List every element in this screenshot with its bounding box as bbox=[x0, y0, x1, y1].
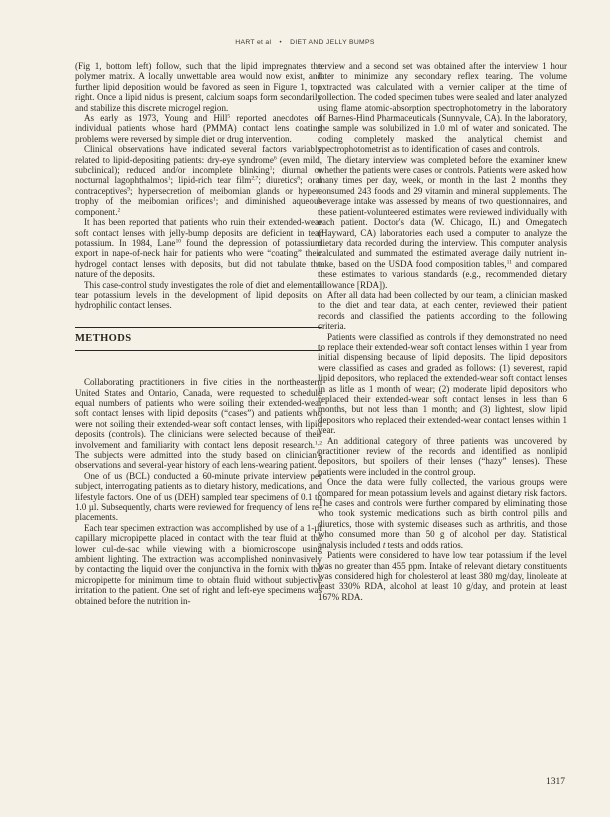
paragraph: Patients were classified as controls if … bbox=[318, 332, 567, 436]
paragraph: Once the data were fully collected, the … bbox=[318, 477, 567, 550]
running-head: HART et al • DIET AND JELLY BUMPS bbox=[0, 39, 610, 46]
left-column: (Fig 1, bottom left) follow, such that t… bbox=[75, 61, 322, 606]
paragraph: As early as 1973, Young and Hill5 report… bbox=[75, 113, 322, 144]
paragraph: It has been reported that patients who r… bbox=[75, 217, 322, 279]
paragraph: terview and a second set was obtained af… bbox=[318, 61, 567, 155]
paragraph: An additional category of three patients… bbox=[318, 436, 567, 478]
paragraph: One of us (BCL) conducted a 60-minute pr… bbox=[75, 471, 322, 523]
paragraph: After all data had been collected by our… bbox=[318, 290, 567, 332]
paragraph: Each tear specimen extraction was accomp… bbox=[75, 523, 322, 606]
page-number: 1317 bbox=[546, 777, 565, 787]
bullet-separator-icon: • bbox=[280, 40, 282, 46]
section-heading: METHODS bbox=[75, 328, 322, 350]
paragraph: (Fig 1, bottom left) follow, such that t… bbox=[75, 61, 322, 113]
right-column: terview and a second set was obtained af… bbox=[318, 61, 567, 602]
paragraph: Clinical observations have indicated sev… bbox=[75, 144, 322, 217]
paragraph: The dietary interview was completed befo… bbox=[318, 155, 567, 290]
paragraph: Patients were considered to have low tea… bbox=[318, 550, 567, 602]
running-head-title: DIET AND JELLY BUMPS bbox=[290, 39, 375, 46]
section-rule-bottom bbox=[75, 350, 322, 351]
methods-heading-block: METHODS bbox=[75, 327, 322, 351]
paragraph: Collaborating practitioners in five citi… bbox=[75, 377, 322, 471]
running-head-authors: HART et al bbox=[235, 39, 271, 46]
paragraph: This case-control study investigates the… bbox=[75, 280, 322, 311]
